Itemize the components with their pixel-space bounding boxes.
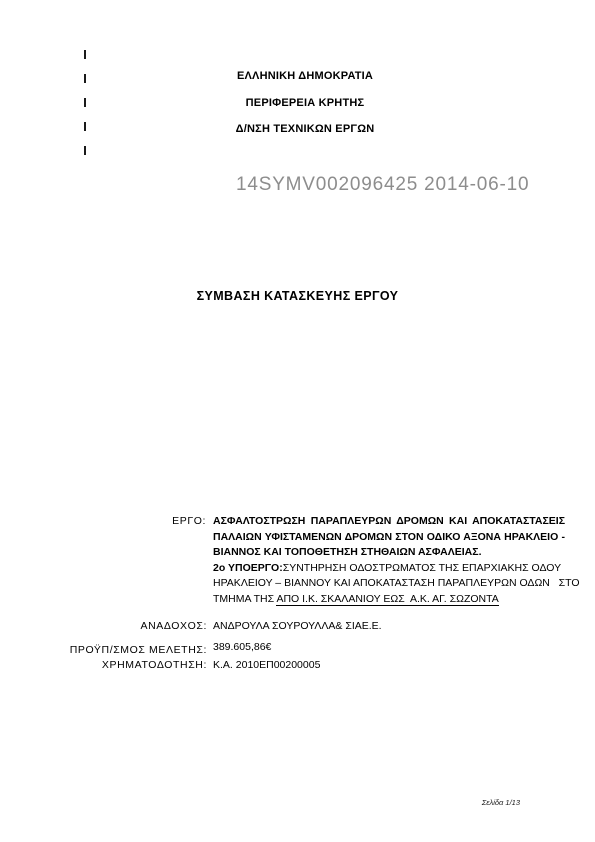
subproject-text-1: ΣΥΝΤΗΡΗΣΗ ΟΔΟΣΤΡΩΜΑΤΟΣ ΤΗΣ ΕΠΑΡΧΙΑΚΗΣ ΟΔ… — [283, 562, 561, 574]
project-line-2: ΠΑΛΑΙΩΝ ΥΦΙΣΤΑΜΕΝΩΝ ΔΡΟΜΩΝ ΣΤΟΝ ΟΔΙΚΟ ΑΞ… — [213, 530, 565, 546]
funding-label: ΧΡΗΜΑΤΟΔΟΤΗΣΗ: — [55, 659, 207, 671]
project-line-3: ΒΙΑΝΝΟΣ ΚΑΙ ΤΟΠΟΘΕΤΗΣΗ ΣΤΗΘΑΙΩΝ ΑΣΦΑΛΕΙΑ… — [213, 545, 565, 561]
page-number: Σελίδα 1/13 — [420, 798, 520, 807]
subproject-line-1: 2ο ΥΠΟΕΡΓΟ:ΣΥΝΤΗΡΗΣΗ ΟΔΟΣΤΡΩΜΑΤΟΣ ΤΗΣ ΕΠ… — [213, 561, 565, 577]
letterhead-line-republic: ΕΛΛΗΝΙΚΗ ΔΗΜΟΚΡΑΤΙΑ — [180, 63, 430, 90]
letterhead-line-directorate: Δ/ΝΣΗ ΤΕΧΝΙΚΩΝ ΕΡΓΩΝ — [180, 116, 430, 143]
contractor-label: ΑΝΑΔΟΧΟΣ: — [55, 620, 207, 632]
margin-change-mark — [84, 50, 86, 59]
subproject-road-section-underlined: ΑΠΟ Ι.Κ. ΣΚΑΛΑΝΙΟΥ ΕΩΣ Α.Κ. ΑΓ. ΣΩΖΟΝΤΑ — [276, 593, 498, 607]
page-title: ΣΥΜΒΑΣΗ ΚΑΤΑΣΚΕΥΗΣ ΕΡΓΟΥ — [0, 289, 595, 303]
budget-value: 389.605,86€ — [213, 641, 271, 653]
subproject-text-3: ΤΜΗΜΑ ΤΗΣ — [213, 593, 276, 605]
registry-stamp: 14SYMV002096425 2014-06-10 — [236, 174, 529, 196]
margin-change-mark — [84, 122, 86, 131]
subproject-line-3: ΤΜΗΜΑ ΤΗΣ ΑΠΟ Ι.Κ. ΣΚΑΛΑΝΙΟΥ ΕΩΣ Α.Κ. ΑΓ… — [213, 592, 565, 608]
project-label: ΕΡΓΟ: — [55, 515, 206, 527]
margin-change-mark — [84, 74, 86, 83]
contract-page: ΕΛΛΗΝΙΚΗ ΔΗΜΟΚΡΑΤΙΑ ΠΕΡΙΦΕΡΕΙΑ ΚΡΗΤΗΣ Δ/… — [0, 0, 595, 842]
subproject-line-2: ΗΡΑΚΛΕΙΟΥ – ΒΙΑΝΝΟΥ ΚΑΙ ΑΠΟΚΑΤΑΣΤΑΣΗ ΠΑΡ… — [213, 576, 565, 592]
subproject-label: 2ο ΥΠΟΕΡΓΟ: — [213, 562, 283, 574]
project-line-1: ΑΣΦΑΛΤΟΣΤΡΩΣΗ ΠΑΡΑΠΛΕΥΡΩΝ ΔΡΟΜΩΝ ΚΑΙ ΑΠΟ… — [213, 514, 565, 530]
margin-change-mark — [84, 146, 86, 155]
letterhead: ΕΛΛΗΝΙΚΗ ΔΗΜΟΚΡΑΤΙΑ ΠΕΡΙΦΕΡΕΙΑ ΚΡΗΤΗΣ Δ/… — [180, 63, 430, 143]
budget-label: ΠΡΟΫΠ/ΣΜΟΣ ΜΕΛΕΤΗΣ: — [55, 644, 207, 656]
project-description: ΑΣΦΑΛΤΟΣΤΡΩΣΗ ΠΑΡΑΠΛΕΥΡΩΝ ΔΡΟΜΩΝ ΚΑΙ ΑΠΟ… — [213, 514, 565, 607]
funding-value: Κ.Α. 2010ΕΠ00200005 — [213, 659, 320, 671]
letterhead-line-region: ΠΕΡΙΦΕΡΕΙΑ ΚΡΗΤΗΣ — [180, 90, 430, 117]
margin-change-mark — [84, 98, 86, 107]
contractor-value: ΑΝΔΡΟΥΛΑ ΣΟΥΡΟΥΛΛΑ& ΣΙΑΕ.Ε. — [213, 620, 382, 632]
